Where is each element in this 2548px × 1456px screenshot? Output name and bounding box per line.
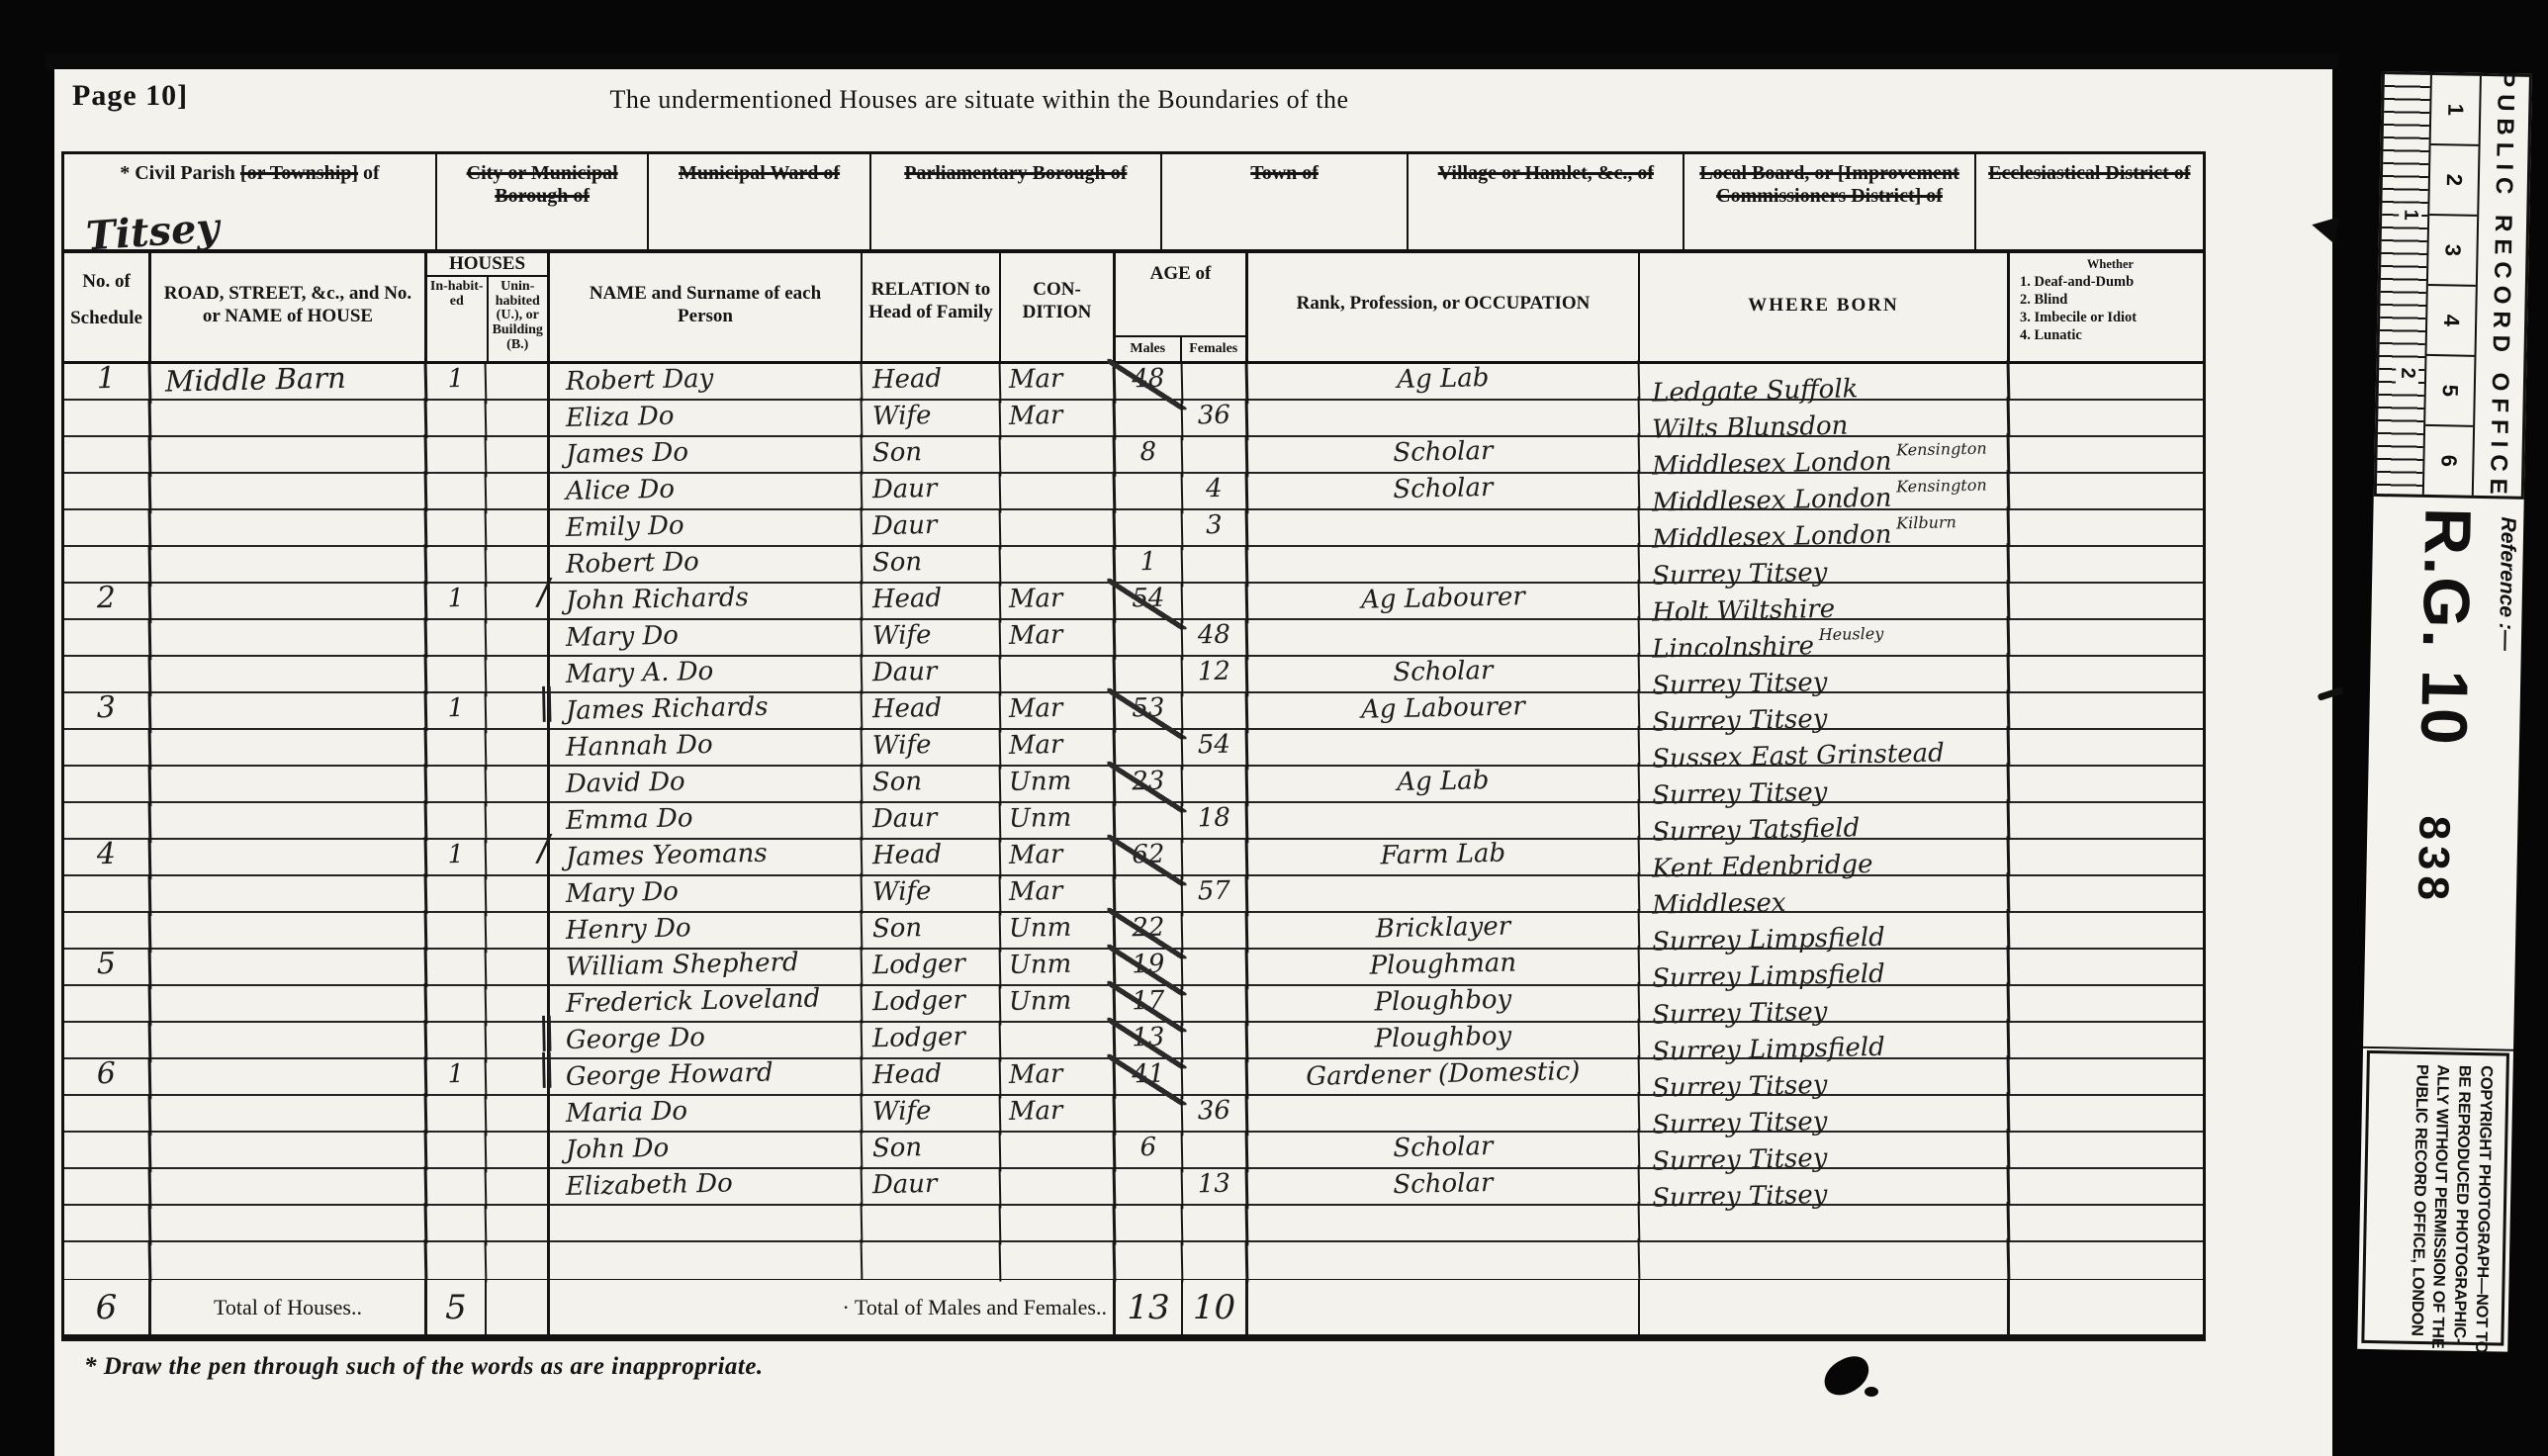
col-header-name: NAME and Surname of each Person xyxy=(550,253,863,361)
cell-age-female xyxy=(1183,546,1249,588)
cell-age-female: 57 xyxy=(1183,875,1249,917)
cell-age-female xyxy=(1183,1241,1249,1283)
cell-uninhabited xyxy=(487,474,550,514)
cell-inhabited: 1 xyxy=(427,839,488,880)
cell-age-male: 13 xyxy=(1116,1022,1184,1063)
district-box: Local Board, or [Improvement Commissione… xyxy=(1684,154,1975,249)
table-row: James Do Son 8 Scholar Middlesex LondonK… xyxy=(64,437,2203,474)
district-box: Town of xyxy=(1162,154,1409,249)
cell-disabilities xyxy=(2010,1206,2201,1246)
cell-uninhabited xyxy=(487,401,550,441)
cell-inhabited xyxy=(427,619,488,661)
col-header-occupation: Rank, Profession, or OCCUPATION xyxy=(1248,253,1640,361)
pro-fine-ruler: 1 2 xyxy=(2377,74,2430,495)
table-row: Mary Do Wife Mar 57 Middlesex xyxy=(64,876,2203,913)
cell-age-male xyxy=(1116,400,1184,441)
table-row xyxy=(64,1242,2203,1279)
reference-label: Reference :— xyxy=(2486,516,2519,1048)
cell-road-name xyxy=(151,1239,428,1286)
census-table: No. of Schedule ROAD, STREET, &c., and N… xyxy=(61,253,2206,1341)
cell-disabilities xyxy=(2010,1059,2201,1100)
cell-inhabited xyxy=(427,1205,488,1246)
cell-uninhabited xyxy=(487,1169,550,1210)
district-handwritten-value: Titsey xyxy=(85,204,222,259)
cell-inhabited xyxy=(427,802,488,844)
cell-inhabited: 1 xyxy=(427,1058,488,1100)
cell-disabilities xyxy=(2010,364,2201,405)
col-header-age: AGE of Males Females xyxy=(1116,253,1248,361)
col-header-males: Males xyxy=(1116,337,1182,361)
cell-inhabited xyxy=(427,949,488,990)
public-record-office-strip: PUBLIC RECORD OFFICE 123456 1 2 Referenc… xyxy=(2357,71,2532,1352)
cell-age-male: 54 xyxy=(1116,583,1184,624)
cell-age-female xyxy=(1183,839,1249,880)
cell-inhabited xyxy=(427,1241,488,1283)
cell-disabilities xyxy=(2010,840,2201,880)
cell-inhabited: 1 xyxy=(427,692,488,734)
pro-office-label: PUBLIC RECORD OFFICE xyxy=(2472,76,2529,497)
district-box: Municipal Ward of xyxy=(649,154,870,249)
district-header-row: * Civil Parish [or Township] of Titsey C… xyxy=(61,151,2206,253)
totals-males-females-label: · Total of Males and Females.. xyxy=(550,1280,1116,1334)
cell-age-female xyxy=(1183,912,1249,954)
cell-disabilities xyxy=(2010,437,2201,478)
disabilities-header-line: Whether xyxy=(2020,257,2201,273)
table-row: Frederick Loveland Lodger Unm 17 Ploughb… xyxy=(64,986,2203,1023)
ruler-side-number-2: 2 xyxy=(2396,361,2418,385)
pro-ruler-block: PUBLIC RECORD OFFICE 123456 1 2 xyxy=(2374,71,2532,500)
cell-uninhabited xyxy=(487,620,550,661)
table-row: ‖George Do Lodger 13 Ploughboy Surrey Li… xyxy=(64,1023,2203,1059)
col-header-inhabited: In-habit-ed xyxy=(427,277,489,361)
cell-age-male xyxy=(1116,509,1184,551)
totals-houses-label: Total of Houses.. xyxy=(151,1280,427,1334)
cell-uninhabited xyxy=(487,364,550,405)
disabilities-header-line: 4. Lunatic xyxy=(2020,326,2201,344)
cell-age-female: 48 xyxy=(1183,619,1249,661)
totals-females-value: 10 xyxy=(1183,1280,1248,1334)
page-number: Page 10] xyxy=(72,79,188,113)
cell-age-male: 41 xyxy=(1116,1058,1184,1100)
cell-disabilities xyxy=(2010,620,2201,661)
ruler-number-cell: 2 xyxy=(2429,145,2478,217)
cell-age-male xyxy=(1116,473,1184,514)
cell-age-male: 17 xyxy=(1116,985,1184,1027)
cell-inhabited xyxy=(427,766,488,807)
cell-disabilities xyxy=(2010,913,2201,954)
table-row: Emma Do Daur Unm 18 Surrey Tatsfield xyxy=(64,803,2203,840)
cell-uninhabited xyxy=(487,950,550,990)
ruler-number-cell: 3 xyxy=(2428,216,2477,287)
cell-uninhabited xyxy=(487,913,550,954)
totals-schedule-value: 6 xyxy=(64,1280,151,1334)
pro-ruler-cells: 123456 xyxy=(2422,75,2480,496)
totals-houses-value: 5 xyxy=(427,1280,487,1334)
table-row: Mary Do Wife Mar 48 LincolnshireHeusley xyxy=(64,620,2203,657)
cell-age-female: 18 xyxy=(1183,802,1249,844)
ruler-number-cell: 5 xyxy=(2425,356,2474,427)
cell-disabilities xyxy=(2010,986,2201,1027)
cell-disabilities xyxy=(2010,657,2201,697)
totals-empty-occupation xyxy=(1248,1280,1640,1334)
cell-age-male xyxy=(1116,1168,1184,1210)
footnote: * Draw the pen through such of the words… xyxy=(84,1353,764,1381)
cell-disabilities xyxy=(2010,1133,2201,1173)
col-header-relation: RELATION to Head of Family xyxy=(863,253,1001,361)
pro-reference-block: Reference :— R.G. 10 838 xyxy=(2363,497,2524,1051)
cell-inhabited xyxy=(427,1022,488,1063)
cell-disabilities xyxy=(2010,1242,2201,1283)
district-box: Ecclesiastical District of xyxy=(1976,154,2203,249)
col-header-schedule: No. of Schedule xyxy=(64,253,151,361)
cell-age-female xyxy=(1183,1058,1249,1100)
cell-age-male: 8 xyxy=(1116,436,1184,478)
cell-age-male: 1 xyxy=(1116,546,1184,588)
disabilities-header-line: 1. Deaf-and-Dumb xyxy=(2020,273,2201,291)
table-row: Elizabeth Do Daur 13 Scholar Surrey Tits… xyxy=(64,1169,2203,1206)
cell-age-female xyxy=(1183,949,1249,990)
table-row: 6 1 ‖George Howard Head Mar 41 Gardener … xyxy=(64,1059,2203,1096)
cell-disabilities xyxy=(2010,510,2201,551)
cell-inhabited xyxy=(427,985,488,1027)
totals-spacer xyxy=(487,1280,550,1334)
totals-males-value: 13 xyxy=(1116,1280,1183,1334)
document-title: The undermentioned Houses are situate wi… xyxy=(410,85,1548,115)
cell-age-female xyxy=(1183,692,1249,734)
cell-inhabited xyxy=(427,509,488,551)
table-row: 1 Middle Barn 1 Robert Day Head Mar 48 A… xyxy=(64,364,2203,401)
cell-inhabited xyxy=(427,1132,488,1173)
table-row: Alice Do Daur 4 Scholar Middlesex London… xyxy=(64,474,2203,510)
cell-age-male xyxy=(1116,1095,1184,1137)
ruler-number-cell: 1 xyxy=(2431,75,2480,146)
cell-inhabited xyxy=(427,546,488,588)
cell-uninhabited xyxy=(487,1133,550,1173)
cell-uninhabited xyxy=(487,510,550,551)
district-box: * Civil Parish [or Township] of Titsey xyxy=(64,154,437,249)
cell-age-male xyxy=(1116,1205,1184,1246)
ruler-number-cell: 4 xyxy=(2426,286,2475,357)
table-row: Emily Do Daur 3 Middlesex LondonKilburn xyxy=(64,510,2203,547)
table-row: Mary A. Do Daur 12 Scholar Surrey Titsey xyxy=(64,657,2203,693)
cell-uninhabited xyxy=(487,767,550,807)
cell-age-male xyxy=(1116,802,1184,844)
cell-disabilities xyxy=(2010,474,2201,514)
table-row: Eliza Do Wife Mar 36 Wilts Blunsdon xyxy=(64,401,2203,437)
totals-row: 6 Total of Houses.. 5 · Total of Males a… xyxy=(64,1279,2203,1338)
cell-inhabited xyxy=(427,912,488,954)
cell-inhabited xyxy=(427,400,488,441)
cell-age-female xyxy=(1183,363,1249,405)
cell-inhabited xyxy=(427,1095,488,1137)
cell-inhabited xyxy=(427,656,488,697)
disabilities-header-line: 2. Blind xyxy=(2020,291,2201,309)
margin-dash-mark xyxy=(2318,686,2344,701)
table-row: 2 1 /John Richards Head Mar 54 Ag Labour… xyxy=(64,584,2203,620)
cell-age-male xyxy=(1116,729,1184,771)
cell-condition xyxy=(1001,1241,1117,1284)
cell-age-female xyxy=(1183,436,1249,478)
scan-edge-shadow xyxy=(45,53,2339,69)
cell-age-male: 19 xyxy=(1116,949,1184,990)
cell-age-male: 48 xyxy=(1116,363,1184,405)
col-header-born: WHERE BORN xyxy=(1640,253,2010,361)
cell-age-male xyxy=(1116,656,1184,697)
cell-inhabited xyxy=(427,473,488,514)
cell-age-female xyxy=(1183,766,1249,807)
cell-disabilities xyxy=(2010,1096,2201,1137)
col-header-disabilities: Whether1. Deaf-and-Dumb2. Blind3. Imbeci… xyxy=(2010,253,2201,361)
cell-age-female: 13 xyxy=(1183,1168,1249,1210)
cell-uninhabited xyxy=(487,730,550,771)
cell-disabilities xyxy=(2010,1023,2201,1063)
col-header-houses: HOUSES In-habit-ed Unin-habited (U.), or… xyxy=(427,253,550,361)
cell-uninhabited xyxy=(487,876,550,917)
table-row: 4 1 /James Yeomans Head Mar 62 Farm Lab … xyxy=(64,840,2203,876)
cell-inhabited: 1 xyxy=(427,363,488,405)
cell-age-male: 22 xyxy=(1116,912,1184,954)
table-row xyxy=(64,1206,2203,1242)
cell-schedule-number xyxy=(64,1241,152,1284)
cell-age-female xyxy=(1183,1022,1249,1063)
cell-uninhabited xyxy=(487,437,550,478)
pro-strip-rotated-content: PUBLIC RECORD OFFICE 123456 1 2 Referenc… xyxy=(2357,71,2532,1352)
table-row: 5 William Shepherd Lodger Unm 19 Ploughm… xyxy=(64,950,2203,986)
cell-relation xyxy=(863,1241,1002,1285)
ruler-side-number-1: 1 xyxy=(2399,203,2421,227)
cell-disabilities xyxy=(2010,401,2201,441)
cell-inhabited xyxy=(427,1168,488,1210)
census-document-sheet: Page 10] The undermentioned Houses are s… xyxy=(54,57,2332,1456)
table-row: John Do Son 6 Scholar Surrey Titsey xyxy=(64,1133,2203,1169)
col-header-condition: CON- DITION xyxy=(1001,253,1116,361)
cell-age-male: 6 xyxy=(1116,1132,1184,1173)
col-header-females: Females xyxy=(1182,337,1246,361)
table-row: 3 1 ‖James Richards Head Mar 53 Ag Labou… xyxy=(64,693,2203,730)
cell-age-female: 3 xyxy=(1183,509,1249,551)
copyright-notice: COPYRIGHT PHOTOGRAPH—NOT TOBE REPRODUCED… xyxy=(2361,1050,2509,1346)
cell-age-male xyxy=(1116,875,1184,917)
ink-speck xyxy=(1865,1387,1878,1397)
cell-inhabited xyxy=(427,729,488,771)
cell-uninhabited xyxy=(487,1096,550,1137)
cell-disabilities xyxy=(2010,803,2201,844)
cell-disabilities xyxy=(2010,767,2201,807)
cell-uninhabited xyxy=(487,1206,550,1246)
cell-inhabited xyxy=(427,436,488,478)
disabilities-header-line: 3. Imbecile or Idiot xyxy=(2020,309,2201,326)
cell-disabilities xyxy=(2010,730,2201,771)
district-box: City or Municipal Borough of xyxy=(437,154,649,249)
totals-empty-disabilities xyxy=(2010,1280,2201,1334)
table-row: Hannah Do Wife Mar 54 Sussex East Grinst… xyxy=(64,730,2203,767)
table-row: David Do Son Unm 23 Ag Lab Surrey Titsey xyxy=(64,767,2203,803)
district-box: Parliamentary Borough of xyxy=(871,154,1162,249)
table-row: Maria Do Wife Mar 36 Surrey Titsey xyxy=(64,1096,2203,1133)
table-row: Henry Do Son Unm 22 Bricklayer Surrey Li… xyxy=(64,913,2203,950)
cell-age-female xyxy=(1183,583,1249,624)
cell-inhabited: 1 xyxy=(427,583,488,624)
cell-disabilities xyxy=(2010,693,2201,734)
cell-disabilities xyxy=(2010,950,2201,990)
cell-age-male: 62 xyxy=(1116,839,1184,880)
cell-age-female xyxy=(1183,985,1249,1027)
table-header-row: No. of Schedule ROAD, STREET, &c., and N… xyxy=(64,253,2203,364)
cell-disabilities xyxy=(2010,1169,2201,1210)
cell-age-female: 36 xyxy=(1183,1095,1249,1137)
cell-age-female: 12 xyxy=(1183,656,1249,697)
cell-age-female xyxy=(1183,1205,1249,1246)
cell-age-male xyxy=(1116,619,1184,661)
table-row: Robert Do Son 1 Surrey Titsey xyxy=(64,547,2203,584)
cell-age-male xyxy=(1116,1241,1184,1283)
totals-empty-born xyxy=(1640,1280,2010,1334)
cell-disabilities xyxy=(2010,547,2201,588)
cell-disabilities xyxy=(2010,584,2201,624)
cell-age-female: 4 xyxy=(1183,473,1249,514)
cell-age-male: 23 xyxy=(1116,766,1184,807)
cell-inhabited xyxy=(427,875,488,917)
col-header-road: ROAD, STREET, &c., and No. or NAME of HO… xyxy=(151,253,427,361)
cell-age-female: 36 xyxy=(1183,400,1249,441)
cell-age-female: 54 xyxy=(1183,729,1249,771)
reference-number: 838 xyxy=(2408,815,2459,906)
reference-series: R.G. 10 xyxy=(2407,507,2487,748)
district-box: Village or Hamlet, &c., of xyxy=(1409,154,1684,249)
cell-age-female xyxy=(1183,1132,1249,1173)
ruler-number-cell: 6 xyxy=(2424,426,2473,496)
cell-uninhabited xyxy=(487,1242,550,1283)
cell-age-male: 53 xyxy=(1116,692,1184,734)
col-header-uninhabited: Unin-habited (U.), or Building (B.) xyxy=(489,277,548,361)
cell-disabilities xyxy=(2010,876,2201,917)
margin-arrow-mark xyxy=(2309,212,2339,244)
